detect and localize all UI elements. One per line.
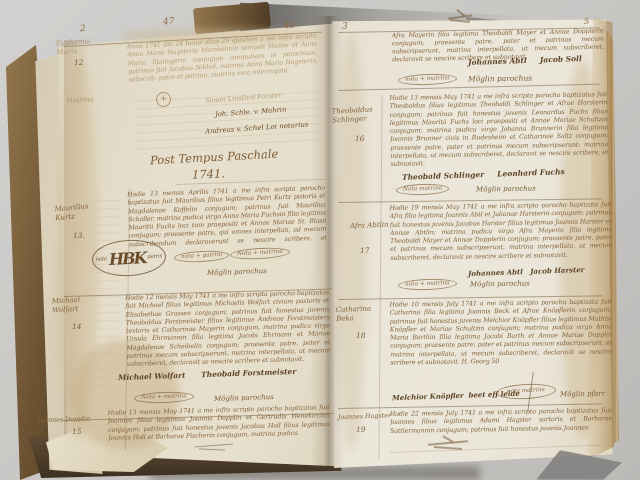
manuscript-photograph: 2 47 45 Eyphemia Maria 12 Anno 1741 die … [0,0,640,480]
margin-name-16: Theobaldus Schlinger [332,104,393,125]
folio-mark: 45 [284,21,296,32]
ink-flourish [195,442,235,452]
entry-13-body: Hodie 13 mensis Aprilis 1741 a me infra … [127,185,327,250]
margin-number-19: 19 [356,425,366,434]
margin-word: Mathina [66,95,94,104]
margin-number-13: 13. [73,231,85,240]
folio-mark: 2 [80,24,86,34]
priest-signature: Möglin parochus [470,279,530,288]
folio-mark: 3 [342,22,348,32]
margin-number-15: 15 [72,427,82,436]
entry-17-body: Hodie 19 mensis May 1741 a me infra scri… [389,201,612,269]
margin-number-17: 17 [360,246,370,255]
monogram-nota: nota [96,256,108,263]
scribbled-mark [448,12,474,26]
priest-signature: Möglin pfarr [560,390,605,399]
folio-mark: 5 [584,17,589,26]
margin-number-16: 16 [355,134,365,143]
entry-15-body: Hodie 13 mensis May 1741 a me infra scri… [108,404,331,444]
entry-19-body: Hodie 22 mensis July 1741 a me infra scr… [390,407,612,438]
entry-14-body: Hodie 12 mensis May 1741 a me infra scri… [125,289,331,371]
section-year: 1741. [192,166,225,181]
ink-flourish [428,438,470,452]
margin-number-14: 14 [72,322,82,331]
ink-bleedthrough [90,200,120,430]
folio-mark: 47 [163,17,175,28]
priest-signature: Möglin parochus [476,184,536,193]
monogram-patris: patris [147,253,162,260]
margin-name-12: Eyphemia Maria [55,37,98,58]
monogram-letters: HBK [108,248,145,269]
margin-number-12: 12 [74,58,84,67]
entry-16-body: Hodie 13 mensis May 1741 a me infra scri… [389,91,608,171]
page-stain [336,30,366,450]
entry-18-body: Hodie 10 mensis July 1741 a me infra scr… [389,298,612,381]
priest-signature: Möglin parochus [468,73,532,83]
margin-number-18: 18 [356,331,366,340]
margin-name-18: Catharina Beka [336,304,389,324]
margin-name-14: Michael Wolfart [52,295,105,316]
circled-cross-mark: + [156,92,171,107]
